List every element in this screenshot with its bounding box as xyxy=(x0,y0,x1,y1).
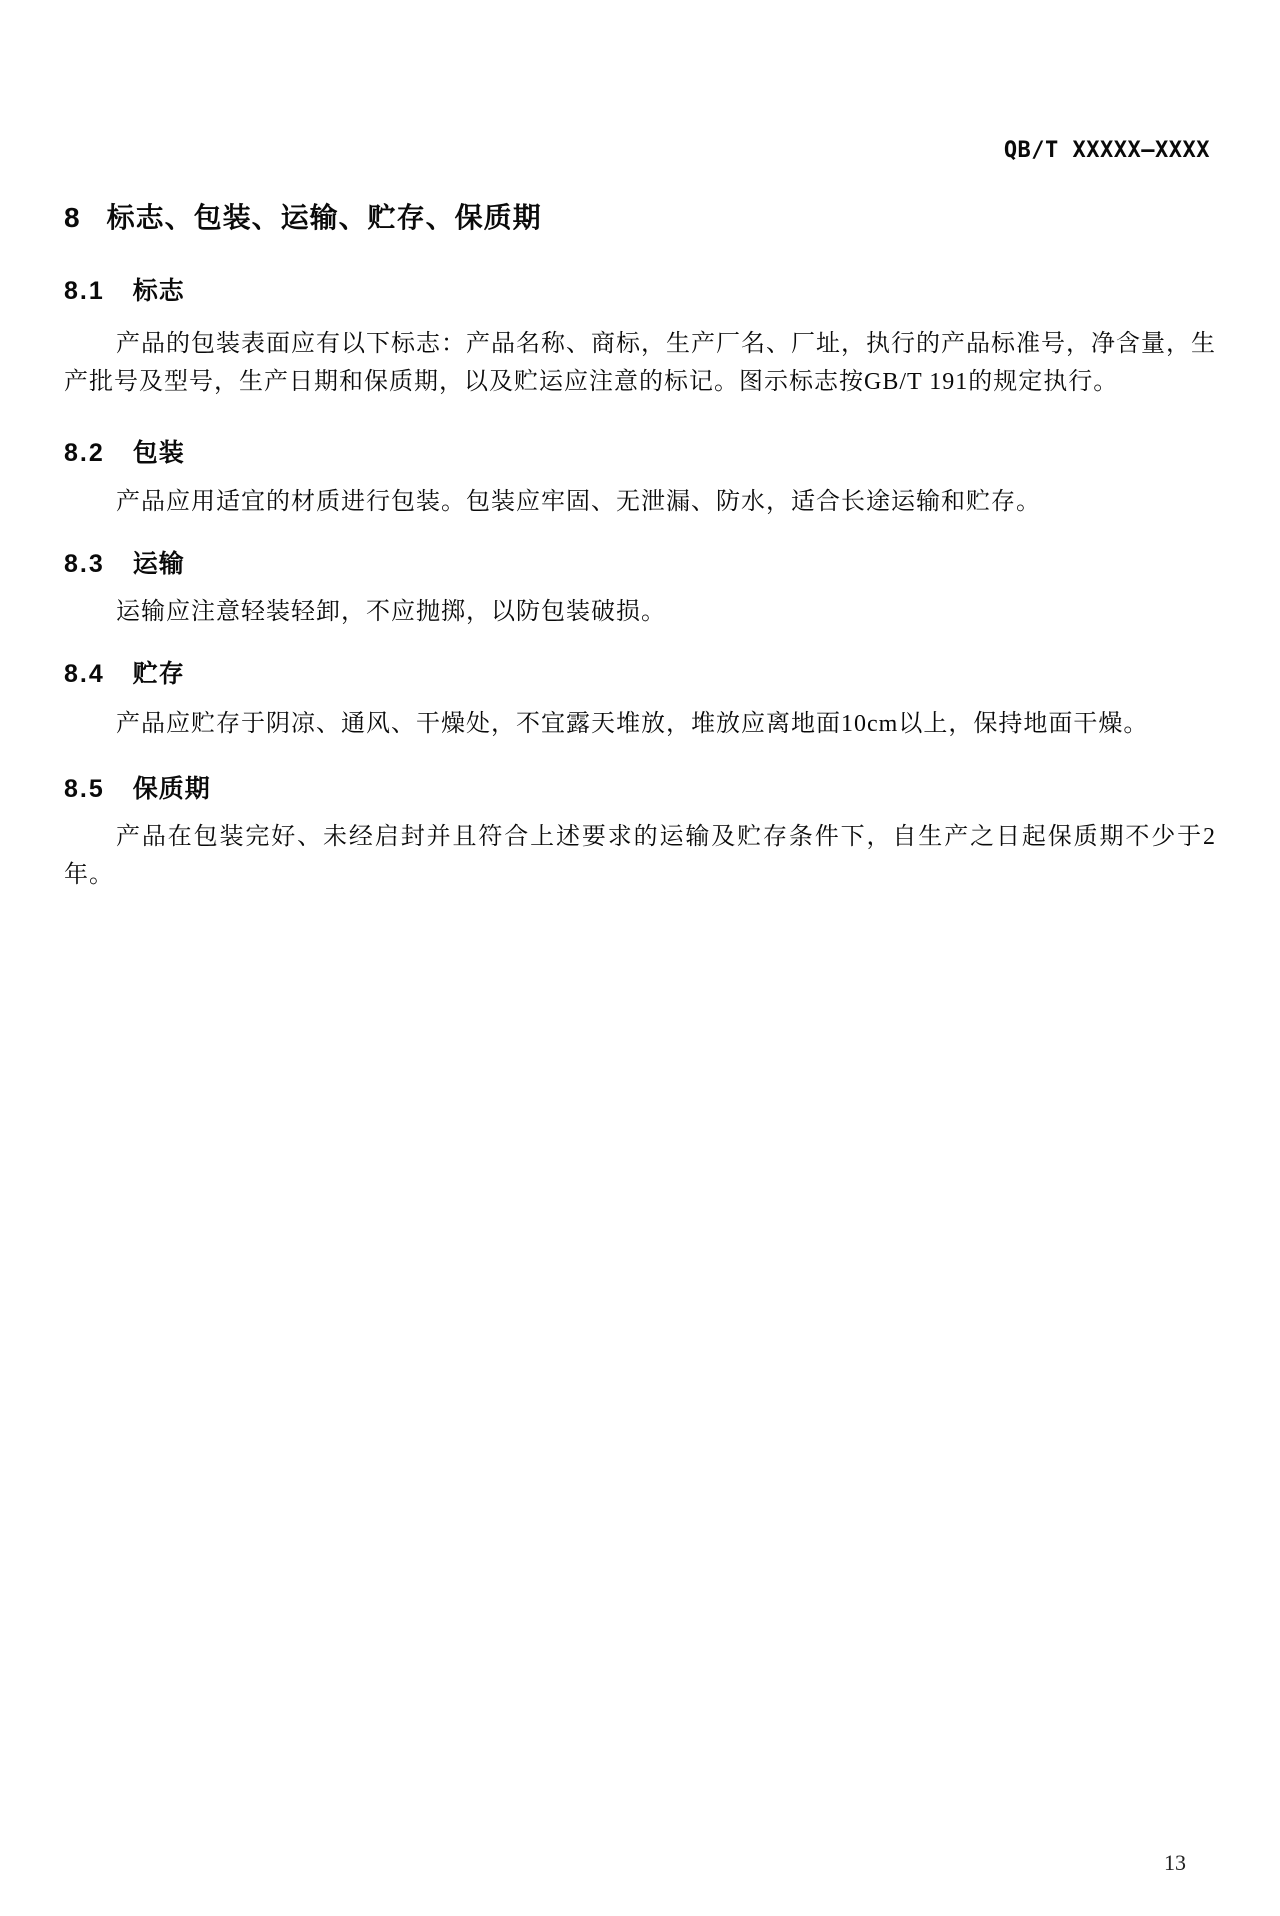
section-title: 贮存 xyxy=(133,660,185,688)
section-heading-8-2: 8.2包装 xyxy=(64,433,1216,469)
section-heading-8-5: 8.5保质期 xyxy=(64,769,1216,805)
page-number: 13 xyxy=(1164,1850,1186,1876)
section-number: 8.1 xyxy=(64,277,105,305)
section-title: 标志 xyxy=(133,277,185,305)
section-title: 保质期 xyxy=(133,775,211,803)
section-body-8-2: 产品应用适宜的材质进行包装。包装应牢固、无泄漏、防水，适合长途运输和贮存。 xyxy=(64,483,1216,521)
section-number: 8.4 xyxy=(64,660,105,688)
section-body-8-1: 产品的包装表面应有以下标志：产品名称、商标，生产厂名、厂址，执行的产品标准号，净… xyxy=(64,325,1216,401)
section-title: 运输 xyxy=(133,550,185,578)
chapter-number: 8 xyxy=(64,202,81,233)
section-body-8-3: 运输应注意轻装轻卸，不应抛掷，以防包装破损。 xyxy=(64,593,1216,631)
chapter-title: 标志、包装、运输、贮存、保质期 xyxy=(107,202,542,233)
section-title: 包装 xyxy=(133,439,185,467)
chapter-heading: 8标志、包装、运输、贮存、保质期 xyxy=(64,196,1216,236)
section-body-8-4: 产品应贮存于阴凉、通风、干燥处，不宜露天堆放，堆放应离地面10cm以上，保持地面… xyxy=(64,705,1216,743)
section-number: 8.3 xyxy=(64,550,105,578)
section-heading-8-4: 8.4贮存 xyxy=(64,654,1216,690)
section-number: 8.2 xyxy=(64,439,105,467)
section-heading-8-1: 8.1标志 xyxy=(64,271,1216,307)
document-page: QB/T XXXXX—XXXX 8标志、包装、运输、贮存、保质期 8.1标志 产… xyxy=(0,0,1280,1916)
section-number: 8.5 xyxy=(64,775,105,803)
standard-number-header: QB/T XXXXX—XXXX xyxy=(0,138,1210,163)
section-body-8-5: 产品在包装完好、未经启封并且符合上述要求的运输及贮存条件下，自生产之日起保质期不… xyxy=(64,818,1216,894)
section-heading-8-3: 8.3运输 xyxy=(64,544,1216,580)
